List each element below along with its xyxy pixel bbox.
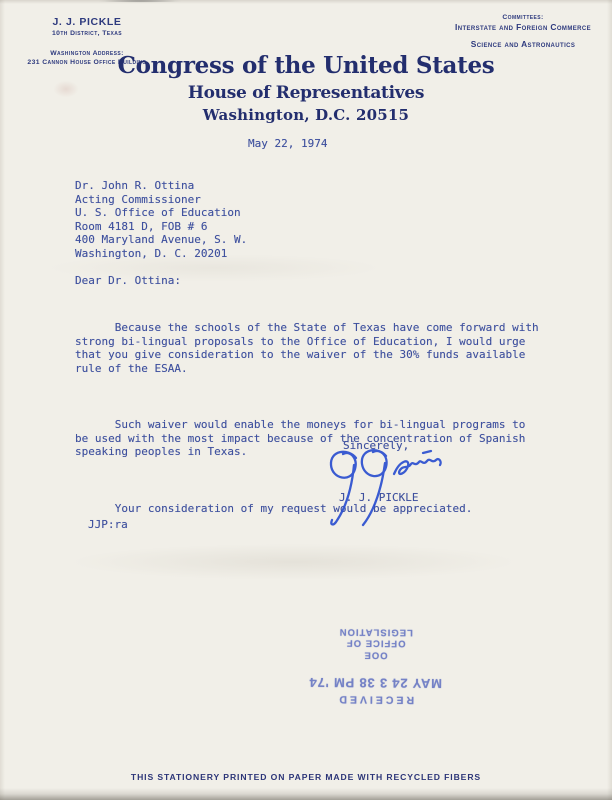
stamp-agency-line: OOE <box>288 648 463 661</box>
letterhead-line-2: House of Representatives <box>0 83 612 103</box>
member-district: 10th District, Texas <box>12 30 162 37</box>
paragraph-3: Your consideration of my request would b… <box>75 502 557 516</box>
committee-1: Interstate and Foreign Commerce <box>440 23 606 33</box>
stamp-received-line: RECEIVED <box>288 693 463 707</box>
letter-scan: J. J. PICKLE 10th District, Texas Washin… <box>0 0 612 800</box>
letterhead-line-3: Washington, D.C. 20515 <box>0 106 612 124</box>
committee-2: Science and Astronautics <box>440 40 606 50</box>
reference-initials: JJP:ra <box>88 518 128 532</box>
salutation: Dear Dr. Ottina: <box>75 274 181 288</box>
letter-date: May 22, 1974 <box>248 137 327 151</box>
stationery-footer: THIS STATIONERY PRINTED ON PAPER MADE WI… <box>0 772 612 782</box>
member-name: J. J. PICKLE <box>12 16 162 28</box>
paragraph-2: Such waiver would enable the moneys for … <box>75 418 557 459</box>
handwritten-signature <box>320 446 460 528</box>
stamp-office-line-2: LEGISLATION <box>288 625 463 638</box>
stamp-office-line-1: OFFICE OF <box>288 637 463 650</box>
letter-body: Because the schools of the State of Texa… <box>75 294 557 542</box>
received-stamp: RECEIVED MAY 24 3 38 PM '74 OOE OFFICE O… <box>288 625 464 706</box>
paragraph-1: Because the schools of the State of Texa… <box>75 321 557 375</box>
recipient-address: Dr. John R. Ottina Acting Commissioner U… <box>75 179 247 260</box>
committees-label: Committees: <box>440 14 606 21</box>
letterhead-line-1: Congress of the United States <box>0 52 612 79</box>
stamp-datetime-line: MAY 24 3 38 PM '74 <box>288 675 463 692</box>
masthead-right: Committees: Interstate and Foreign Comme… <box>440 14 606 49</box>
